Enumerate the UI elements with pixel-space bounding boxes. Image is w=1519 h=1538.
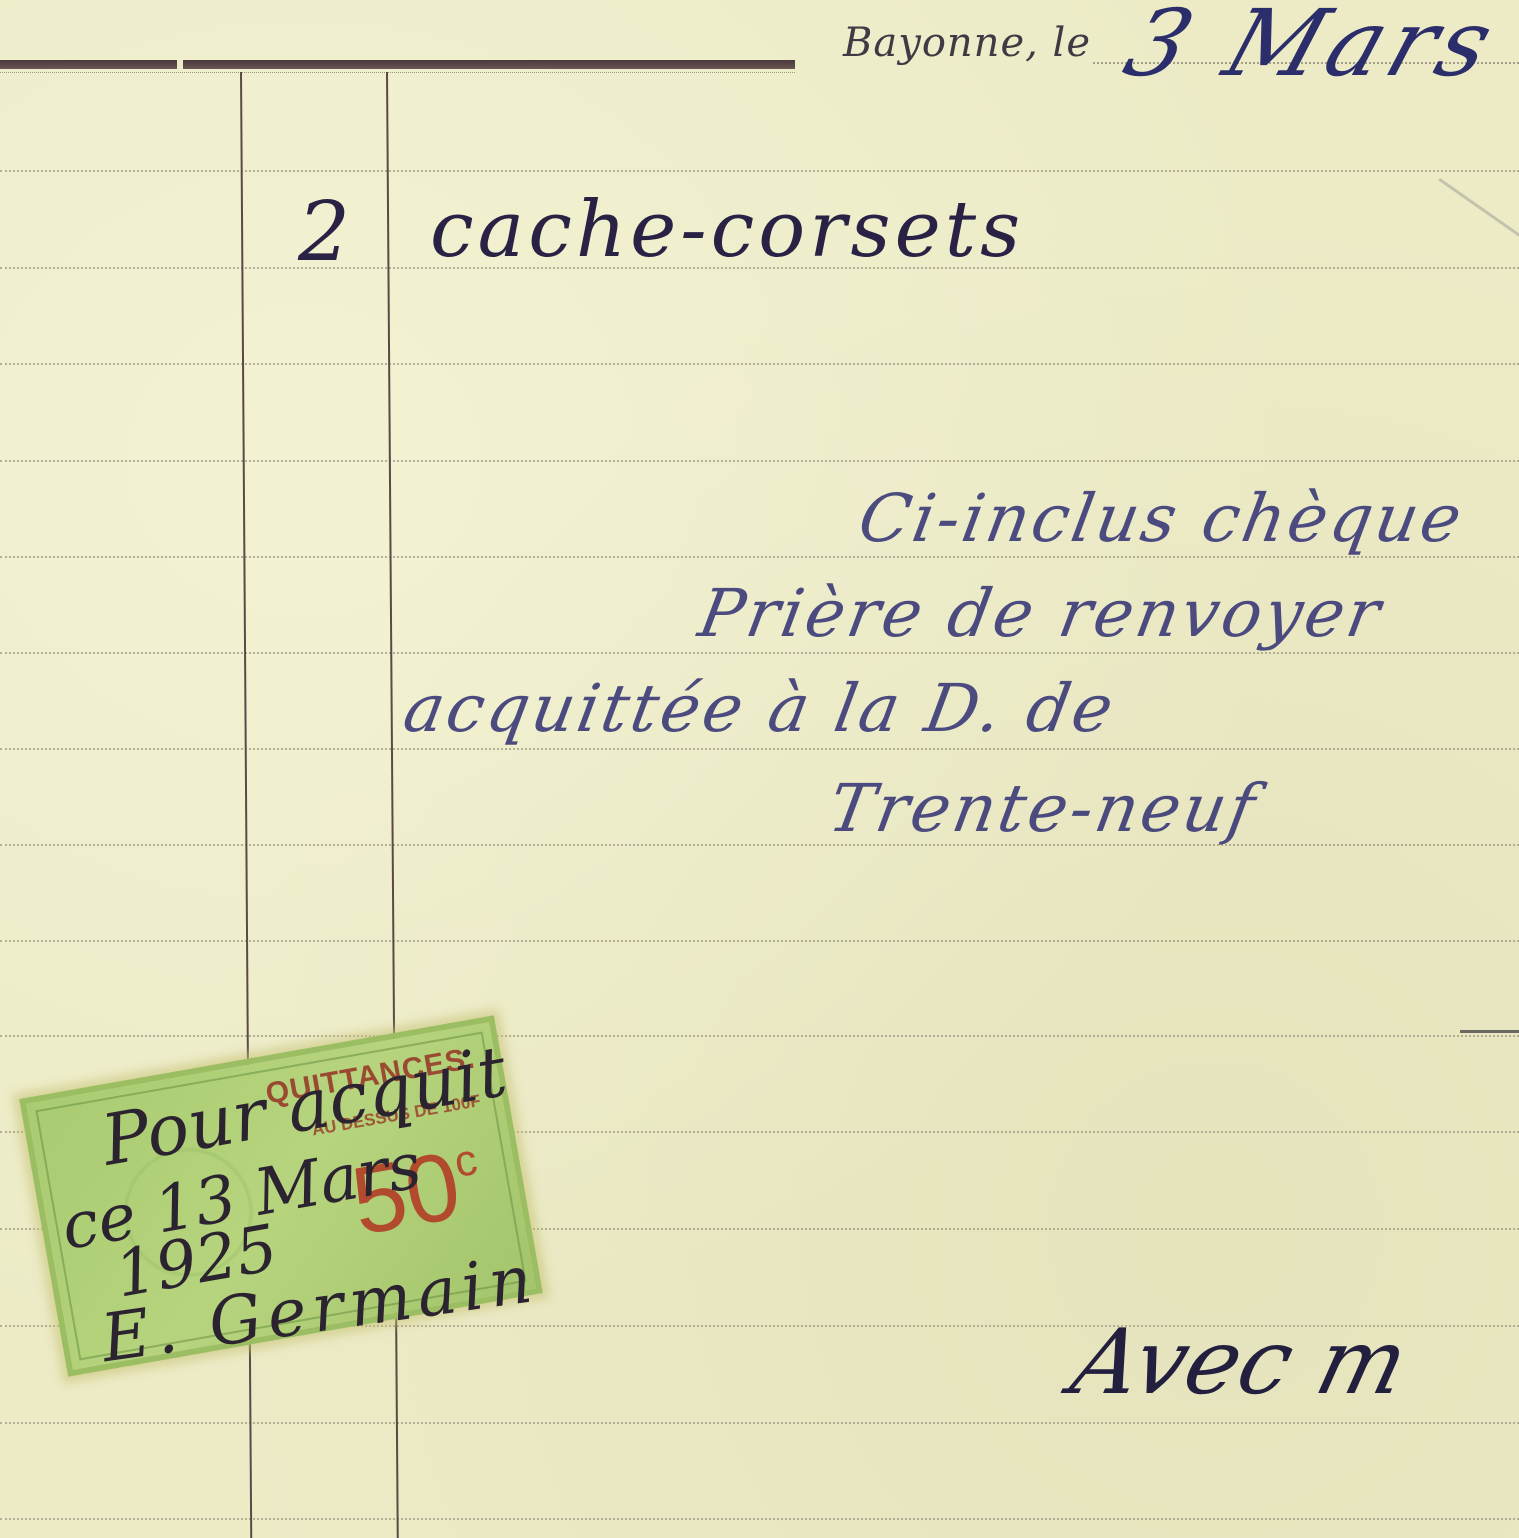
short-rule-mark	[1460, 1030, 1519, 1033]
body-line-2: Prière de renvoyer	[693, 575, 1389, 652]
header-rule	[0, 60, 795, 69]
body-line-4: Trente-neuf	[823, 770, 1263, 847]
ruled-line	[0, 1035, 1519, 1037]
line-item-description: cache-corsets	[430, 185, 1024, 275]
handwritten-date: 3 Mars	[1113, 0, 1512, 97]
ruled-line	[0, 460, 1519, 462]
ruled-line	[0, 940, 1519, 942]
closing-salutation: Avec m	[1062, 1310, 1418, 1415]
ruled-line	[0, 652, 1519, 654]
body-line-3: acquittée à la D. de	[398, 670, 1121, 747]
invoice-page: Bayonne, le 3 Mars 2 cache-corsets Ci-in…	[0, 0, 1519, 1538]
ruled-line	[0, 363, 1519, 365]
faint-pencil-mark	[1398, 178, 1519, 295]
ruled-line	[0, 1518, 1519, 1520]
ruled-line	[0, 748, 1519, 750]
line-item-quantity: 2	[298, 185, 350, 280]
ruled-line	[0, 1422, 1519, 1424]
header-subrule	[0, 72, 795, 73]
location-label: Bayonne, le	[843, 20, 1091, 66]
ruled-line	[0, 170, 1519, 172]
ruled-line	[0, 844, 1519, 846]
body-line-1: Ci-inclus chèque	[853, 480, 1470, 557]
